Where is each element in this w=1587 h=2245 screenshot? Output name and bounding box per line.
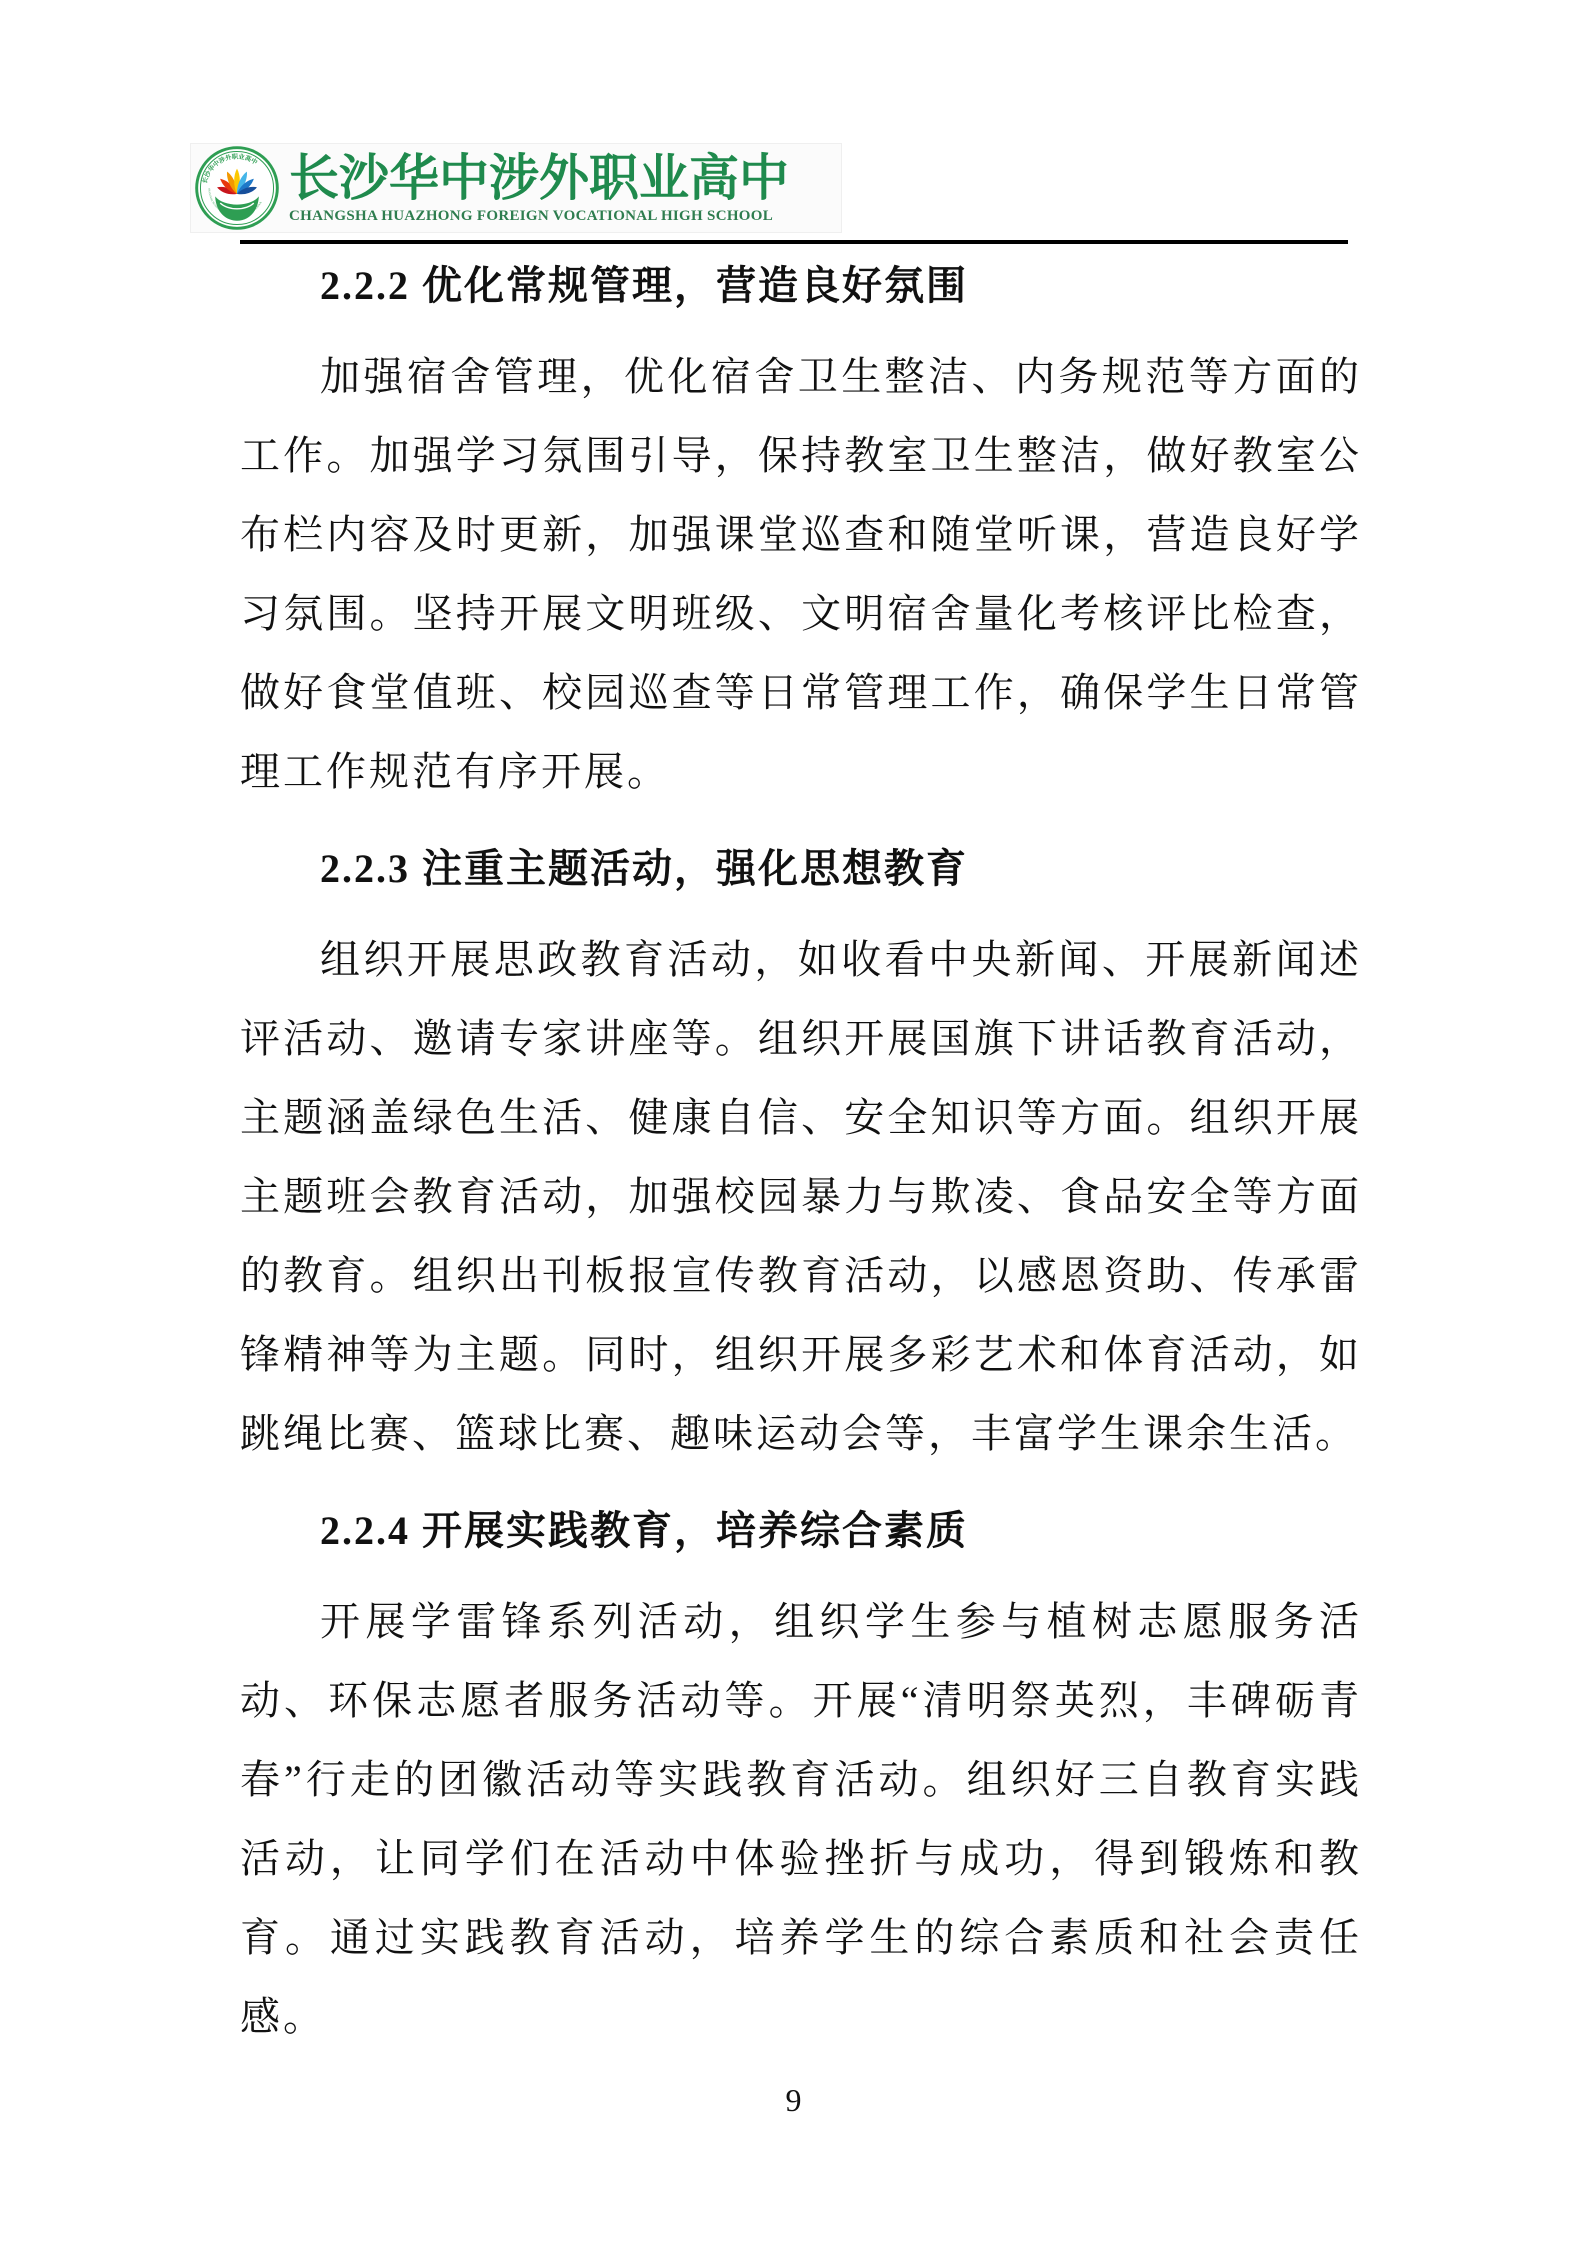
school-name-block: 长沙华中涉外职业高中 CHANGSHA HUAZHONG FOREIGN VOC… (289, 150, 841, 226)
page-footer: 9 (0, 2082, 1587, 2118)
body-paragraph: 加强宿舍管理，优化宿舍卫生整洁、内务规范等方面的工作。加强学习氛围引导，保持教室… (240, 337, 1362, 811)
document-body: 2.2.2 优化常规管理，营造良好氛围 加强宿舍管理，优化宿舍卫生整洁、内务规范… (240, 246, 1362, 2056)
school-name-en: CHANGSHA HUAZHONG FOREIGN VOCATIONAL HIG… (289, 206, 841, 226)
school-name-zh: 长沙华中涉外职业高中 (289, 150, 841, 206)
section-heading-224: 2.2.4 开展实践教育，培养综合素质 (240, 1491, 1362, 1570)
body-paragraph: 开展学雷锋系列活动，组织学生参与植树志愿服务活动、环保志愿者服务活动等。开展“清… (240, 1582, 1362, 2056)
school-emblem-icon: 长沙华中涉外职业高中 CHANGSHA HUAZHONG FOREIGN VOC… (195, 146, 279, 230)
page-number: 9 (786, 2082, 802, 2118)
section-heading-222: 2.2.2 优化常规管理，营造良好氛围 (240, 246, 1362, 325)
header-divider (240, 240, 1348, 244)
document-page: 长沙华中涉外职业高中 CHANGSHA HUAZHONG FOREIGN VOC… (0, 0, 1587, 2245)
section-heading-223: 2.2.3 注重主题活动，强化思想教育 (240, 829, 1362, 908)
header-banner: 长沙华中涉外职业高中 CHANGSHA HUAZHONG FOREIGN VOC… (190, 143, 842, 233)
body-paragraph: 组织开展思政教育活动，如收看中央新闻、开展新闻述评活动、邀请专家讲座等。组织开展… (240, 920, 1362, 1473)
